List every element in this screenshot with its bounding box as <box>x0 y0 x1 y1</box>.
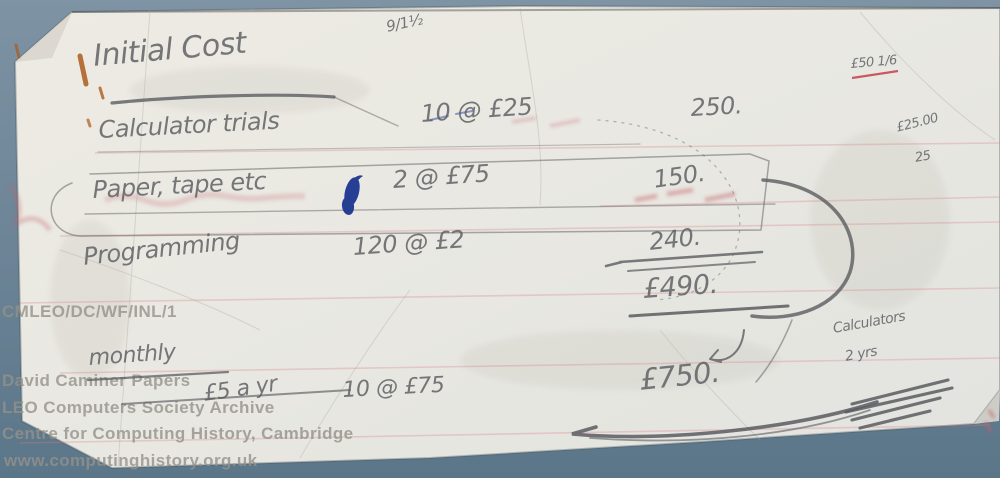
total-underline <box>630 306 788 316</box>
row3-amount: 240. <box>648 225 702 254</box>
right-bracket-curve <box>752 180 853 317</box>
bracket-descender <box>756 320 792 382</box>
row1-qty: 10 @ £25 <box>420 94 533 126</box>
topright-scribble-1: £50 1/6 <box>850 54 897 71</box>
row2-qty: 2 @ £75 <box>392 161 490 192</box>
second-calc-total: £750. <box>638 358 721 395</box>
second-total-swoosh <box>572 402 877 436</box>
row1-amount: 250. <box>690 93 743 120</box>
scanned-note-canvas: CMLEO/DC/WF/INL/1 David Caminer Papers L… <box>0 0 1000 478</box>
row2-baseline <box>85 204 775 214</box>
row3-qty: 120 @ £2 <box>352 227 465 259</box>
topright-scribble-3: 25 <box>914 149 932 165</box>
red-strike <box>852 71 898 78</box>
second-calc-qty: 10 @ £75 <box>342 375 445 402</box>
heading-underline <box>112 95 334 103</box>
note-total: £490. <box>642 271 718 303</box>
scribble-monthly: monthly <box>88 342 176 370</box>
hatch-emphasis <box>846 380 952 428</box>
monthly-underline <box>88 372 228 380</box>
row1-baseline <box>98 144 640 152</box>
heading-tail-stroke <box>334 97 398 126</box>
row2-amount: 150. <box>652 161 706 192</box>
